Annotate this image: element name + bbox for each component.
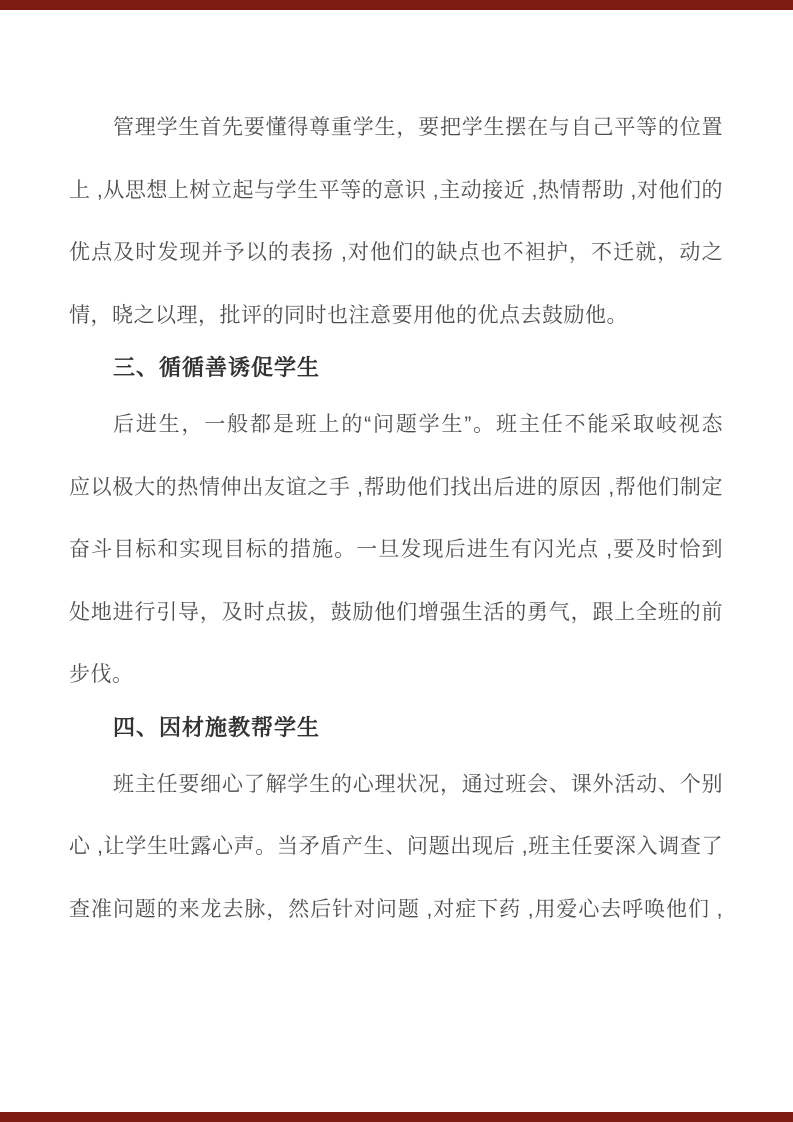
paragraph: 班主任要细心了解学生的心理状况，通过班会、课外活动、个别谈 心 ,让学生吐露心声… <box>69 754 723 942</box>
paragraph-line: 心 ,让学生吐露心声。当矛盾产生、问题出现后 ,班主任要深入调查了解， <box>69 816 723 879</box>
paragraph-line: 情，晓之以理，批评的同时也注意要用他的优点去鼓励他。 <box>69 285 723 348</box>
document-body: 管理学生首先要懂得尊重学生，要把学生摆在与自己平等的位置 上 ,从思想上树立起与… <box>0 0 793 941</box>
paragraph-line: 班主任要细心了解学生的心理状况，通过班会、课外活动、个别谈 <box>69 754 723 817</box>
paragraph-line: 处地进行引导，及时点拔，鼓励他们增强生活的勇气，跟上全班的前进 <box>69 582 723 645</box>
paragraph-line: 后进生，一般都是班上的“问题学生”。班主任不能采取岐视态度， <box>69 394 723 457</box>
paragraph-line: 应以极大的热情伸出友谊之手 ,帮助他们找出后进的原因 ,帮他们制定 <box>69 457 723 520</box>
paragraph-line: 上 ,从思想上树立起与学生平等的意识 ,主动接近 ,热情帮助 ,对他们的 <box>69 160 723 223</box>
paragraph-line: 步伐。 <box>69 644 723 707</box>
paragraph-line: 查准问题的来龙去脉，然后针对问题 ,对症下药 ,用爱心去呼唤他们 ,让 <box>69 879 723 942</box>
paragraph-line: 奋斗目标和实现目标的措施。一旦发现后进生有闪光点 ,要及时恰到好 <box>69 519 723 582</box>
paragraph: 管理学生首先要懂得尊重学生，要把学生摆在与自己平等的位置 上 ,从思想上树立起与… <box>69 97 723 347</box>
paragraph-line: 优点及时发现并予以的表扬 ,对他们的缺点也不袒护，不迁就，动之以 <box>69 222 723 285</box>
paragraph-line: 管理学生首先要懂得尊重学生，要把学生摆在与自己平等的位置 <box>69 97 723 160</box>
section-heading-three: 三、循循善诱促学生 <box>69 347 723 388</box>
section-heading-four: 四、因材施教帮学生 <box>69 707 723 748</box>
paragraph: 后进生，一般都是班上的“问题学生”。班主任不能采取岐视态度， 应以极大的热情伸出… <box>69 394 723 707</box>
page-bottom-border <box>0 1112 793 1122</box>
